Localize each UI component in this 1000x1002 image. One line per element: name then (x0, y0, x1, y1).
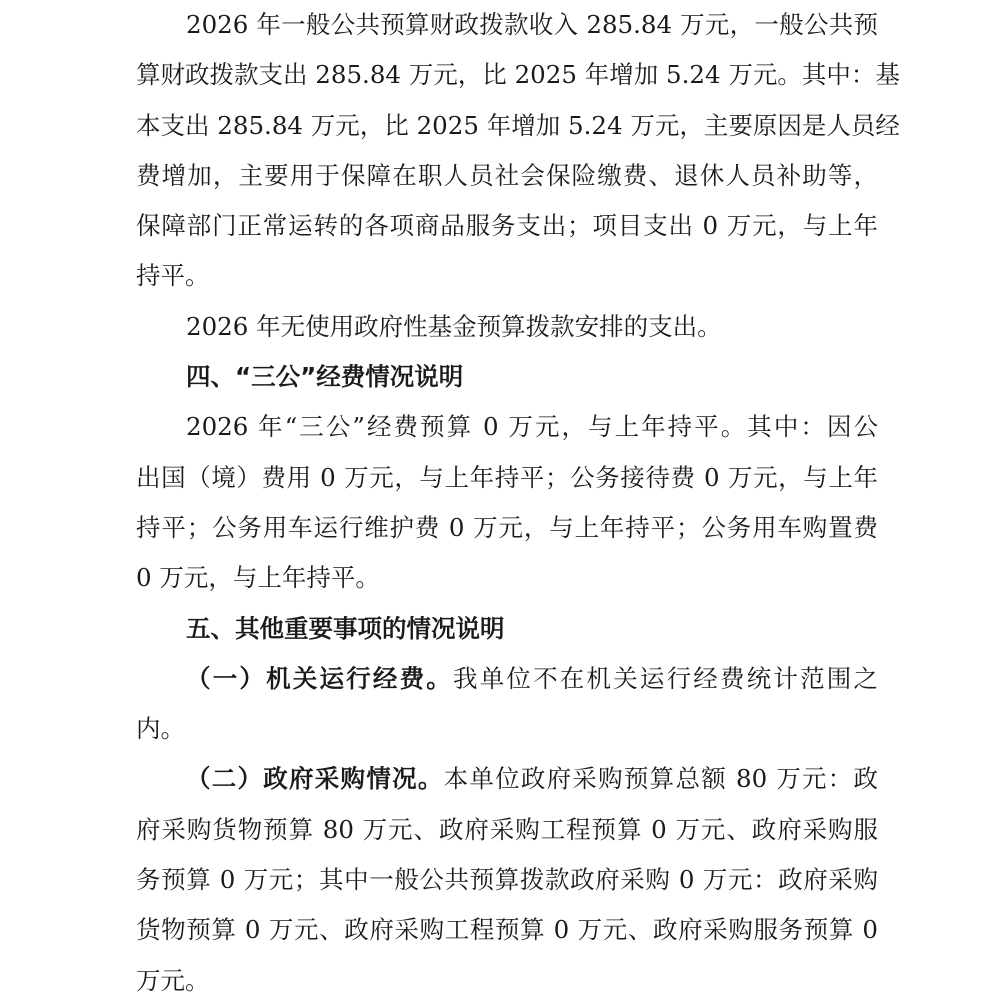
subsection-text: 我单位不在机关运行经费统计范围之 (453, 664, 878, 693)
text-line: 内。 (136, 704, 878, 754)
paragraph-general-budget: 2026 年一般公共预算财政拨款收入 285.84 万元，一般公共预 算财政拨款… (136, 0, 878, 302)
subsection-text: 本单位政府采购预算总额 80 万元：政 (444, 764, 878, 793)
subsection-label: （一）机关运行经费。 (186, 664, 453, 693)
paragraph-three-public-expenses: 2026 年“三公”经费预算 0 万元，与上年持平。其中：因公 出国（境）费用 … (136, 402, 878, 603)
text-line: 货物预算 0 万元、政府采购工程预算 0 万元、政府采购服务预算 0 (136, 905, 878, 955)
text-line: 务预算 0 万元；其中一般公共预算拨款政府采购 0 万元：政府采购 (136, 855, 878, 905)
subsection-agency-operating-costs: （一）机关运行经费。我单位不在机关运行经费统计范围之 内。 (136, 654, 878, 755)
subsection-government-procurement: （二）政府采购情况。本单位政府采购预算总额 80 万元：政 府采购货物预算 80… (136, 754, 878, 1002)
text-line: 持平。 (136, 251, 878, 301)
text-line: 本支出 285.84 万元，比 2025 年增加 5.24 万元，主要原因是人员… (136, 101, 878, 151)
section-heading-other-matters: 五、其他重要事项的情况说明 (136, 604, 878, 654)
text-line: 算财政拨款支出 285.84 万元，比 2025 年增加 5.24 万元。其中：… (136, 50, 878, 100)
text-line: 2026 年一般公共预算财政拨款收入 285.84 万元，一般公共预 (136, 0, 878, 50)
text-line: 2026 年“三公”经费预算 0 万元，与上年持平。其中：因公 (136, 402, 878, 452)
text-line: （一）机关运行经费。我单位不在机关运行经费统计范围之 (136, 654, 878, 704)
text-line: 费增加，主要用于保障在职人员社会保险缴费、退休人员补助等， (136, 151, 878, 201)
text-line: 出国（境）费用 0 万元，与上年持平；公务接待费 0 万元，与上年 (136, 453, 878, 503)
paragraph-government-fund: 2026 年无使用政府性基金预算拨款安排的支出。 (136, 302, 878, 352)
text-line: 0 万元，与上年持平。 (136, 553, 878, 603)
text-line: 保障部门正常运转的各项商品服务支出；项目支出 0 万元，与上年 (136, 201, 878, 251)
text-line: 2026 年无使用政府性基金预算拨款安排的支出。 (136, 302, 878, 352)
section-heading-three-public-expenses: 四、“三公”经费情况说明 (136, 352, 878, 402)
document-page: 2026 年一般公共预算财政拨款收入 285.84 万元，一般公共预 算财政拨款… (136, 0, 878, 1002)
text-line: 府采购货物预算 80 万元、政府采购工程预算 0 万元、政府采购服 (136, 805, 878, 855)
text-line: （二）政府采购情况。本单位政府采购预算总额 80 万元：政 (136, 754, 878, 804)
subsection-label: （二）政府采购情况。 (186, 764, 444, 793)
text-line: 持平；公务用车运行维护费 0 万元，与上年持平；公务用车购置费 (136, 503, 878, 553)
text-line: 万元。 (136, 956, 878, 1002)
